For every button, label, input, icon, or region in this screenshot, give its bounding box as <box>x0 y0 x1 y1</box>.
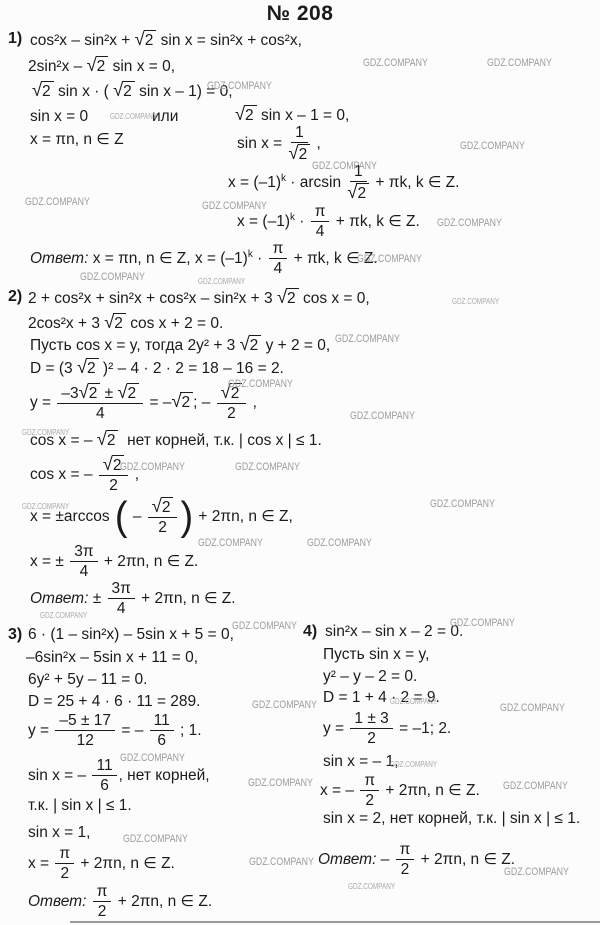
math-text: 6y² + 5y – 11 = 0. <box>28 671 147 688</box>
watermark: GDZ.COMPANY <box>249 856 314 868</box>
math-text: 4 <box>80 563 89 580</box>
math-line: sin x = 2, нет корней, т.к. | sin x | ≤ … <box>323 810 580 829</box>
numerator: π <box>55 845 74 864</box>
denominator: 2 <box>109 476 118 494</box>
answer-label: Ответ: <box>318 851 381 868</box>
math-text: 12 <box>77 732 94 749</box>
watermark: GDZ.COMPANY <box>350 410 415 422</box>
math-text: , <box>312 135 321 152</box>
math-text: sin²x – sin x – 2 = 0. <box>325 623 463 640</box>
math-text: sin x = 0 <box>30 108 88 125</box>
math-text: sin x = 0, <box>108 58 175 75</box>
math-text: ± <box>100 385 117 402</box>
denominator: 12 <box>77 731 94 749</box>
math-text: т.к. | sin x | ≤ 1. <box>28 797 132 814</box>
math-text: 6 <box>100 777 109 794</box>
fraction: 116 <box>92 757 116 795</box>
denominator: √2 <box>289 143 311 163</box>
math-text: –5 ± 17 <box>59 712 111 729</box>
math-text: · arcsin <box>286 174 345 191</box>
numerator: –3√2 ± √2 <box>57 383 143 404</box>
math-line: x = π2 + 2πn, n ∈ Z. <box>28 845 175 883</box>
sqrt-expression: √2 <box>97 430 119 451</box>
fraction: –5 ± 1712 <box>55 712 115 750</box>
sqrt-expression: √2 <box>113 81 135 102</box>
math-line: y = –5 ± 1712 = – 116 ; 1. <box>28 712 202 750</box>
numerator: π <box>311 203 330 222</box>
math-text: + 2πn, n ∈ Z. <box>100 553 199 570</box>
math-line: –6sin²x – 5sin x + 11 = 0, <box>26 649 198 668</box>
watermark: GDZ.COMPANY <box>430 498 495 510</box>
math-text: – <box>129 508 146 525</box>
math-text: sin x = 2, нет корней, т.к. | sin x | ≤ … <box>323 810 580 827</box>
sqrt-expression: √2 <box>104 313 126 334</box>
sqrt-expression: √2 <box>117 383 139 402</box>
answer-label: Ответ: <box>30 250 88 267</box>
radicand: 2 <box>286 288 299 309</box>
sqrt-expression: √2 <box>32 81 54 102</box>
math-text: π <box>273 240 284 257</box>
watermark: GDZ.COMPANY <box>503 780 568 792</box>
math-text: cos x = 0, <box>299 290 370 307</box>
math-text: + 2πn, n ∈ Z. <box>381 782 480 799</box>
math-line: x = – π2 + 2πn, n ∈ Z. <box>320 772 480 810</box>
fraction: –3√2 ± √24 <box>57 383 143 423</box>
math-text: sin x = – <box>28 767 90 784</box>
math-line: Пусть sin x = y, <box>323 646 429 665</box>
radicand: 2 <box>113 313 126 334</box>
watermark: GDZ.COMPANY <box>110 112 157 121</box>
math-text: 2 <box>98 903 107 920</box>
math-line: Пусть cos x = y, тогда 2y² + 3 √2 y + 2 … <box>30 335 330 356</box>
math-line: D = (3 √2 )² – 4 · 2 · 2 = 18 – 16 = 2. <box>30 358 284 379</box>
math-text: + 2πn, n ∈ Z. <box>113 893 212 910</box>
math-line: 2 + cos²x + sin²x + cos²x – sin²x + 3 √2… <box>28 288 370 309</box>
math-text: x = ± <box>30 553 68 570</box>
math-text: + πk, k ∈ Z. <box>331 213 419 230</box>
watermark: GDZ.COMPANY <box>460 140 525 152</box>
math-text: x = πn, n ∈ Z <box>30 131 124 148</box>
math-text: 3π <box>74 543 93 560</box>
numerator: 11 <box>92 757 116 776</box>
math-line: cos²x – sin²x + √2 sin x = sin²x + cos²x… <box>30 30 302 51</box>
denominator: √2 <box>347 182 369 202</box>
watermark: GDZ.COMPANY <box>202 200 267 212</box>
watermark: GDZ.COMPANY <box>207 80 272 92</box>
math-text: 2 <box>401 861 410 878</box>
watermark: GDZ.COMPANY <box>232 620 297 632</box>
math-text: y² – y – 2 = 0. <box>323 668 417 685</box>
math-line: cos x = – √2 нет корней, т.к. | cos x | … <box>30 430 322 451</box>
math-text: 4 <box>316 223 325 240</box>
math-text: x = (–1) <box>228 174 281 191</box>
math-text: 6 · (1 – sin²x) – 5sin x + 5 = 0, <box>28 626 234 643</box>
math-text: sin x · ( <box>54 83 113 100</box>
fraction: 3π4 <box>108 580 135 618</box>
problem-label-1: 1) <box>8 30 22 48</box>
math-line: 2cos²x + 3 √2 cos x + 2 = 0. <box>28 313 223 334</box>
math-line: y = –3√2 ± √24 = –√2; – √22 , <box>30 383 257 423</box>
solution-page: № 208 1)cos²x – sin²x + √2 sin x = sin²x… <box>0 0 600 925</box>
sqrt-expression: √2 <box>135 30 157 51</box>
sqrt-expression: √2 <box>289 144 311 163</box>
watermark: GDZ.COMPANY <box>40 611 87 620</box>
radicand: 2 <box>122 81 135 102</box>
math-line: Ответ: π2 + 2πn, n ∈ Z. <box>28 883 212 921</box>
math-text: , <box>248 394 257 411</box>
math-text: + 2πn, n ∈ Z. <box>137 590 236 607</box>
math-text: 11 <box>154 712 170 729</box>
math-text: + 2πn, n ∈ Z, <box>194 508 293 525</box>
denominator: 2 <box>227 404 236 422</box>
numerator: 1 ± 3 <box>350 710 392 729</box>
math-text: x = (–1) <box>237 213 290 230</box>
math-text: ; 1. <box>176 722 202 739</box>
math-text: нет корней, т.к. | cos x | ≤ 1. <box>118 432 321 449</box>
denominator: 4 <box>274 259 283 277</box>
math-text: y = <box>30 394 55 411</box>
numerator: π <box>269 240 288 259</box>
denominator: 4 <box>117 599 126 617</box>
sqrt-expression: √2 <box>152 497 174 516</box>
radicand: 2 <box>88 383 101 402</box>
fraction: π2 <box>360 772 379 810</box>
problem-label-4: 4) <box>303 623 317 641</box>
math-text: cos x = – <box>30 466 97 483</box>
math-line: т.к. | sin x | ≤ 1. <box>28 797 132 816</box>
answer-label: Ответ: <box>28 893 91 910</box>
math-line: sin x = 1, <box>28 824 90 843</box>
math-text: 11 <box>96 757 112 774</box>
denominator: 2 <box>60 864 69 882</box>
watermark: GDZ.COMPANY <box>198 537 263 549</box>
sqrt-expression: √2 <box>79 383 101 402</box>
math-text: · <box>295 213 309 230</box>
math-line: x = ± 3π4 + 2πn, n ∈ Z. <box>30 543 198 581</box>
fraction: π2 <box>93 883 112 921</box>
problem-label-3: 3) <box>8 626 22 644</box>
math-text: )² – 4 · 2 · 2 = 18 – 16 = 2. <box>99 360 284 377</box>
fraction: π2 <box>396 841 415 879</box>
denominator: 4 <box>316 222 325 240</box>
radicand: 2 <box>41 81 54 102</box>
math-text: · <box>253 250 267 267</box>
math-text: 2sin²x – <box>28 58 87 75</box>
watermark: GDZ.COMPANY <box>120 752 185 764</box>
math-text: sin x = sin²x + cos²x, <box>156 32 302 49</box>
fraction: π4 <box>311 203 330 241</box>
watermark: GDZ.COMPANY <box>348 882 395 891</box>
watermark: GDZ.COMPANY <box>123 833 188 845</box>
radicand: 2 <box>144 30 157 51</box>
numerator: π <box>93 883 112 902</box>
problem-number-title: № 208 <box>0 2 600 26</box>
math-line: x = ±arccos ( – √22) + 2πn, n ∈ Z, <box>30 497 293 537</box>
watermark: GDZ.COMPANY <box>450 617 515 629</box>
math-line: 6y² + 5y – 11 = 0. <box>28 671 147 690</box>
watermark: GDZ.COMPANY <box>504 866 569 878</box>
math-text: Пусть cos x = y, тогда 2y² + 3 <box>30 337 240 354</box>
numerator: π <box>360 772 379 791</box>
denominator: 2 <box>158 518 167 536</box>
denominator: 6 <box>100 776 109 794</box>
math-text: π <box>400 841 411 858</box>
watermark: GDZ.COMPANY <box>252 699 317 711</box>
sqrt-expression: √2 <box>235 105 257 126</box>
math-text: ; – <box>193 394 215 411</box>
math-line: 6 · (1 – sin²x) – 5sin x + 5 = 0, <box>28 626 234 645</box>
radicand: 2 <box>127 383 140 402</box>
math-text: ± <box>93 590 106 607</box>
math-text: x = <box>28 855 53 872</box>
math-line: sin x = – 1, <box>323 753 398 772</box>
numerator: 3π <box>70 543 97 562</box>
fraction: 1 ± 32 <box>350 710 392 748</box>
watermark: GDZ.COMPANY <box>22 502 69 511</box>
watermark: GDZ.COMPANY <box>248 777 313 789</box>
math-text: –6sin²x – 5sin x + 11 = 0, <box>26 649 198 666</box>
sqrt-expression: √2 <box>277 288 299 309</box>
radicand: 2 <box>180 392 193 413</box>
math-text: D = 25 + 4 · 6 · 11 = 289. <box>28 693 200 710</box>
numerator: 11 <box>150 712 174 731</box>
math-line: sin x = 1√2 , <box>237 124 321 164</box>
math-text: 2 <box>227 405 236 422</box>
math-text: y + 2 = 0, <box>261 337 330 354</box>
fraction: 116 <box>150 712 174 750</box>
math-text: sin x = 1, <box>28 824 90 841</box>
math-text: 3π <box>112 580 131 597</box>
problem-label-2: 2) <box>8 288 22 306</box>
radicand: 2 <box>356 183 369 202</box>
math-text: 2 <box>158 519 167 536</box>
math-line: Ответ: – π2 + 2πn, n ∈ Z. <box>318 841 515 879</box>
watermark: GDZ.COMPANY <box>357 253 422 265</box>
numerator: –5 ± 17 <box>55 712 115 731</box>
scan-edge-line <box>70 921 600 923</box>
math-line: D = 25 + 4 · 6 · 11 = 289. <box>28 693 200 712</box>
watermark: GDZ.COMPANY <box>500 702 565 714</box>
math-text: Пусть sin x = y, <box>323 646 429 663</box>
denominator: 6 <box>157 731 166 749</box>
math-text: = – <box>117 722 148 739</box>
math-text: + πk, k ∈ Z. <box>371 174 459 191</box>
watermark: GDZ.COMPANY <box>452 297 499 306</box>
watermark: GDZ.COMPANY <box>228 378 293 390</box>
math-text: = –1; 2. <box>395 720 451 737</box>
math-text: 4 <box>117 600 126 617</box>
radicand: 2 <box>161 497 174 516</box>
math-line: √2 sin x · ( √2 sin x – 1) = 0, <box>32 81 233 102</box>
math-text: 4 <box>274 260 283 277</box>
radicand: 2 <box>249 335 262 356</box>
denominator: 4 <box>80 562 89 580</box>
math-text: 6 <box>157 732 166 749</box>
math-text: cos x + 2 = 0. <box>126 315 223 332</box>
math-text: sin x = – 1, <box>323 753 398 770</box>
math-text: x = – <box>320 782 358 799</box>
sqrt-expression: √2 <box>171 392 193 413</box>
watermark: GDZ.COMPANY <box>120 461 185 473</box>
radicand: 2 <box>298 144 311 163</box>
watermark: GDZ.COMPANY <box>80 271 145 283</box>
math-text: + 2πn, n ∈ Z. <box>416 851 515 868</box>
math-text: 1 ± 3 <box>354 710 388 727</box>
fraction: π2 <box>55 845 74 883</box>
math-text: 2 <box>367 730 376 747</box>
math-text: 2 + cos²x + sin²x + cos²x – sin²x + 3 <box>28 290 277 307</box>
sqrt-expression: √2 <box>347 183 369 202</box>
watermark: GDZ.COMPANY <box>307 537 372 549</box>
denominator: 2 <box>98 902 107 920</box>
radicand: 2 <box>96 56 109 77</box>
numerator: 3π <box>108 580 135 599</box>
watermark: GDZ.COMPANY <box>335 333 400 345</box>
fraction: 3π4 <box>70 543 97 581</box>
fraction: √22 <box>148 497 178 537</box>
denominator: 4 <box>96 404 105 422</box>
math-text: sin x = <box>237 135 287 152</box>
math-text: y = <box>28 722 53 739</box>
math-text: = – <box>145 394 171 411</box>
watermark: GDZ.COMPANY <box>487 57 552 69</box>
watermark: GDZ.COMPANY <box>235 461 300 473</box>
math-text: 2 <box>365 792 374 809</box>
math-text: D = (3 <box>30 360 77 377</box>
sqrt-expression: √2 <box>77 358 99 379</box>
math-text: 2 <box>109 477 118 494</box>
math-text: cos²x – sin²x + <box>30 32 135 49</box>
fraction: π4 <box>269 240 288 278</box>
math-text: 2cos²x + 3 <box>28 315 104 332</box>
math-text: 2 <box>60 865 69 882</box>
watermark: GDZ.COMPANY <box>390 760 437 769</box>
math-line: √2 sin x – 1 = 0, <box>235 105 349 126</box>
denominator: 2 <box>365 791 374 809</box>
math-line: y² – y – 2 = 0. <box>323 668 417 687</box>
math-text: π <box>315 203 326 220</box>
numerator: π <box>396 841 415 860</box>
math-text: y = <box>323 720 348 737</box>
fraction: 1√2 <box>289 124 311 164</box>
math-line: x = πn, n ∈ Z <box>30 131 124 150</box>
math-text: π <box>59 845 70 862</box>
math-text: –3 <box>61 385 78 402</box>
math-text: π <box>364 772 375 789</box>
math-text: , нет корней, <box>119 767 210 784</box>
numerator: 1 <box>291 124 308 143</box>
denominator: 2 <box>401 860 410 878</box>
denominator: 2 <box>367 729 376 747</box>
sqrt-expression: √2 <box>87 56 109 77</box>
math-text: x = πn, n ∈ Z, x = (–1) <box>88 250 247 267</box>
answer-label: Ответ: <box>30 590 93 607</box>
radicand: 2 <box>106 430 119 451</box>
sqrt-expression: √2 <box>240 335 262 356</box>
watermark: GDZ.COMPANY <box>312 160 377 172</box>
math-line: y = 1 ± 32 = –1; 2. <box>323 710 451 748</box>
watermark: GDZ.COMPANY <box>363 57 428 69</box>
math-line: sin x = 0 <box>30 108 88 127</box>
math-text: 4 <box>96 405 105 422</box>
math-line: 2sin²x – √2 sin x = 0, <box>28 56 175 77</box>
math-text: π <box>97 883 108 900</box>
math-text: 1 <box>295 124 304 141</box>
math-text: + 2πn, n ∈ Z. <box>76 855 175 872</box>
watermark: GDZ.COMPANY <box>22 428 69 437</box>
watermark: GDZ.COMPANY <box>25 196 90 208</box>
watermark: GDZ.COMPANY <box>437 217 502 229</box>
math-line: sin²x – sin x – 2 = 0. <box>325 623 463 642</box>
math-text: sin x – 1 = 0, <box>257 107 350 124</box>
radicand: 2 <box>86 358 99 379</box>
radicand: 2 <box>244 105 257 126</box>
numerator: √2 <box>148 497 178 518</box>
math-text: – <box>381 851 394 868</box>
watermark: GDZ.COMPANY <box>390 697 437 706</box>
watermark: GDZ.COMPANY <box>198 277 245 286</box>
